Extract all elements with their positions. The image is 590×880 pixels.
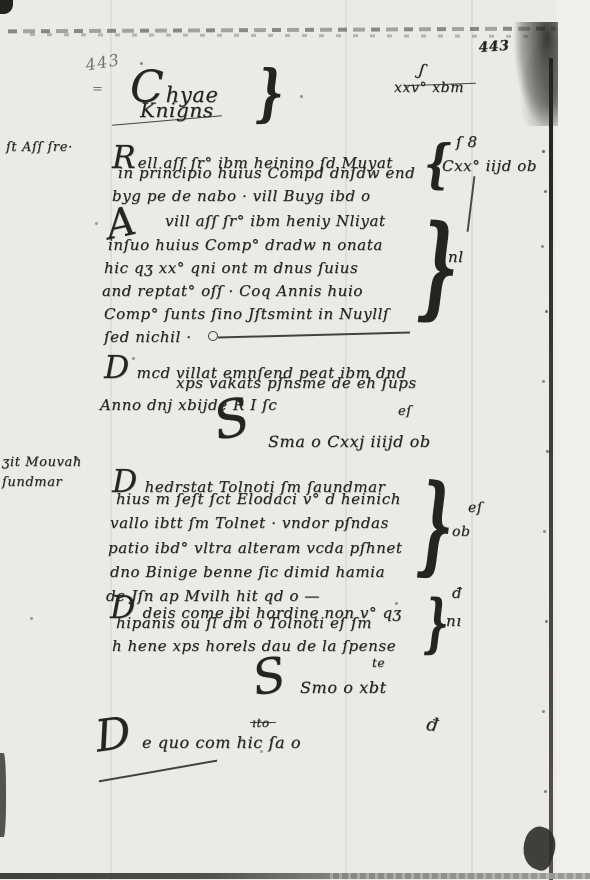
fold-streak bbox=[471, 0, 473, 880]
entry-4-side-superscript: eſ bbox=[468, 500, 483, 516]
entry-2-end-circle bbox=[208, 331, 218, 341]
entry-5-line: hipanis ou ſl dm o Tolnoti eſ ſm bbox=[116, 614, 372, 632]
entry-1-amount-top: ſ 8 bbox=[456, 133, 478, 151]
entry-2-line: ſed nichil · bbox=[104, 328, 192, 346]
entry-2-line: vill aſſ ſr° ibm heniy Nliyat bbox=[165, 212, 386, 230]
sum-1-superscript: eſ bbox=[398, 404, 412, 419]
entry-3-line: Anno dnj xbijde R I ſc bbox=[100, 396, 277, 414]
margin-note-2-line-1: ʒit Mouvaħ bbox=[2, 455, 82, 470]
manuscript-page-scan: 443 = 443 Chyae Knigns } ʃ xxv° xbm ſt A… bbox=[0, 0, 590, 880]
entry-4-line: vallo ibtt ſm Tolnet · vndor pſndas bbox=[110, 514, 389, 532]
entry-4-line: hius m ſeſt ſct Elodaci v° d heinich bbox=[116, 490, 401, 508]
scan-bottom-bar-texture bbox=[330, 873, 590, 879]
footer-isolated-mark: đ bbox=[425, 714, 440, 736]
scan-edge-blob bbox=[514, 22, 558, 126]
entry-2-brace: } bbox=[417, 200, 459, 333]
entry-4-side-ob: ob bbox=[452, 524, 471, 540]
footer-initial: D bbox=[92, 707, 135, 762]
entry-2-line: inſuo huius Comp° dradw n onata bbox=[108, 236, 383, 254]
margin-note-2-line-2: ſundmar bbox=[2, 475, 62, 490]
entry-2-line: hic qʒ xx° qni ont m dnus ſuius bbox=[104, 259, 358, 277]
sum-2-amount: Smo o xbt bbox=[300, 678, 387, 697]
entry-3-line: xps vakats pſnsme de eh ſups bbox=[176, 374, 417, 392]
footer-superscript: ıto bbox=[252, 716, 270, 730]
entry-5-side-ni: nı bbox=[446, 612, 462, 630]
footer-line: e quo com hic ſa o bbox=[142, 733, 301, 752]
entry-2-line: and reptat° oſſ · Coq Annis huio bbox=[102, 282, 363, 300]
sum-2-initial: S bbox=[248, 646, 291, 707]
scan-corner-mark bbox=[0, 0, 13, 14]
entry-1-line: in principio huius Compd dnſdw end bbox=[118, 164, 415, 182]
entry-1-amount-bottom: Cxx° iijd ob bbox=[442, 157, 537, 175]
entry-2-line: Comp° ſunts ſino Jſtsmint in Nuyllſ bbox=[104, 305, 389, 323]
entry-2-side-note: nl bbox=[448, 248, 464, 266]
sum-1-amount: Sma o Cxxj iiijd ob bbox=[268, 432, 431, 451]
entry-4-line: dno Binige benne ſic dimid hamia bbox=[110, 563, 385, 581]
top-right-flourish: ʃ bbox=[417, 60, 426, 80]
scan-speckles bbox=[542, 150, 545, 153]
heading-brace: } bbox=[256, 56, 284, 129]
margin-note-1: ſt Aſſ ſre· bbox=[6, 140, 73, 155]
entry-1-line: byg pe de nabo · vill Buyg ibd o bbox=[112, 187, 371, 205]
folio-number-stamp: 443 bbox=[478, 38, 510, 56]
scan-top-edge-speckle bbox=[30, 33, 530, 38]
scan-corner-blob bbox=[517, 823, 561, 873]
entry-2-closing-rule bbox=[218, 331, 410, 338]
footer-superscript-overline bbox=[250, 722, 276, 723]
sum-2-superscript: te bbox=[372, 656, 385, 670]
scan-page-edge bbox=[549, 58, 553, 880]
scan-right-margin bbox=[556, 0, 590, 880]
entry-5-side-d: đ bbox=[452, 584, 462, 602]
footer-flourish bbox=[99, 760, 218, 783]
pencil-mark: = bbox=[92, 82, 104, 97]
folio-number-pencil: 443 bbox=[84, 50, 122, 75]
scan-edge-smudge bbox=[0, 753, 6, 837]
entry-4-brace: } bbox=[417, 460, 455, 589]
top-right-note: xxv° xbm bbox=[394, 80, 464, 96]
entry-4-line: patio ibd° vltra alteram vcda pſhnet bbox=[108, 539, 403, 557]
